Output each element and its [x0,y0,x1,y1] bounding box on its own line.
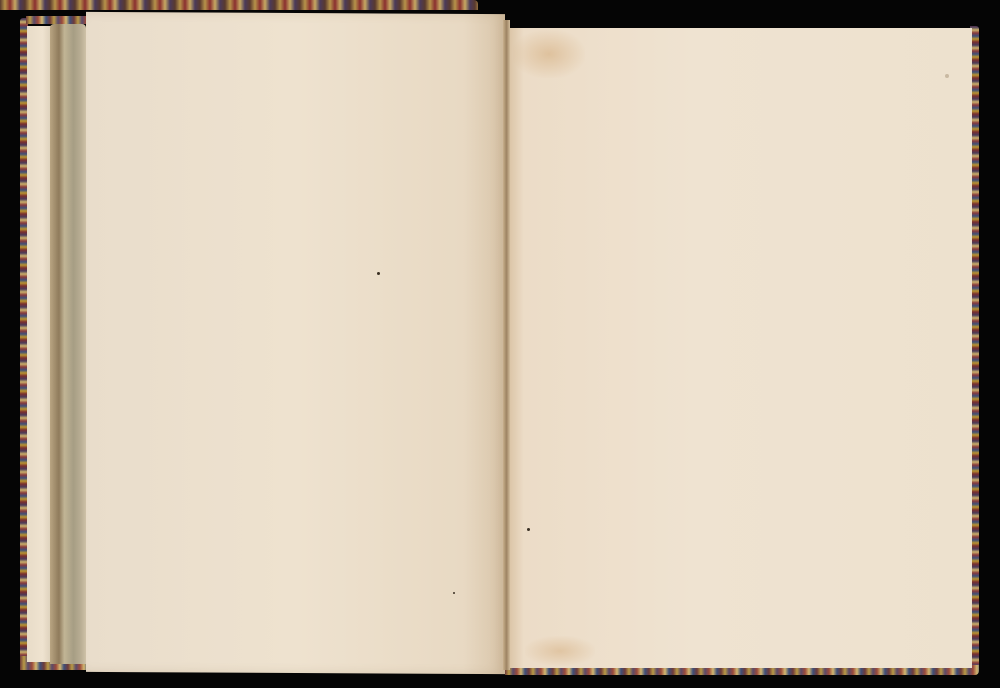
paper-speck [527,528,530,531]
paper-speck [377,272,380,275]
right-page [510,28,972,668]
paper-speck [945,74,949,78]
hinge-strip [50,24,86,664]
left-page [86,12,505,674]
paper-speck [453,592,455,594]
book-gutter [503,20,510,670]
right-cover-top-edge [0,0,478,10]
left-cover-top-edge [26,16,86,24]
foxing-stain-top [513,30,585,78]
book-photo [0,0,1000,688]
foxing-stain-bottom [525,636,595,666]
